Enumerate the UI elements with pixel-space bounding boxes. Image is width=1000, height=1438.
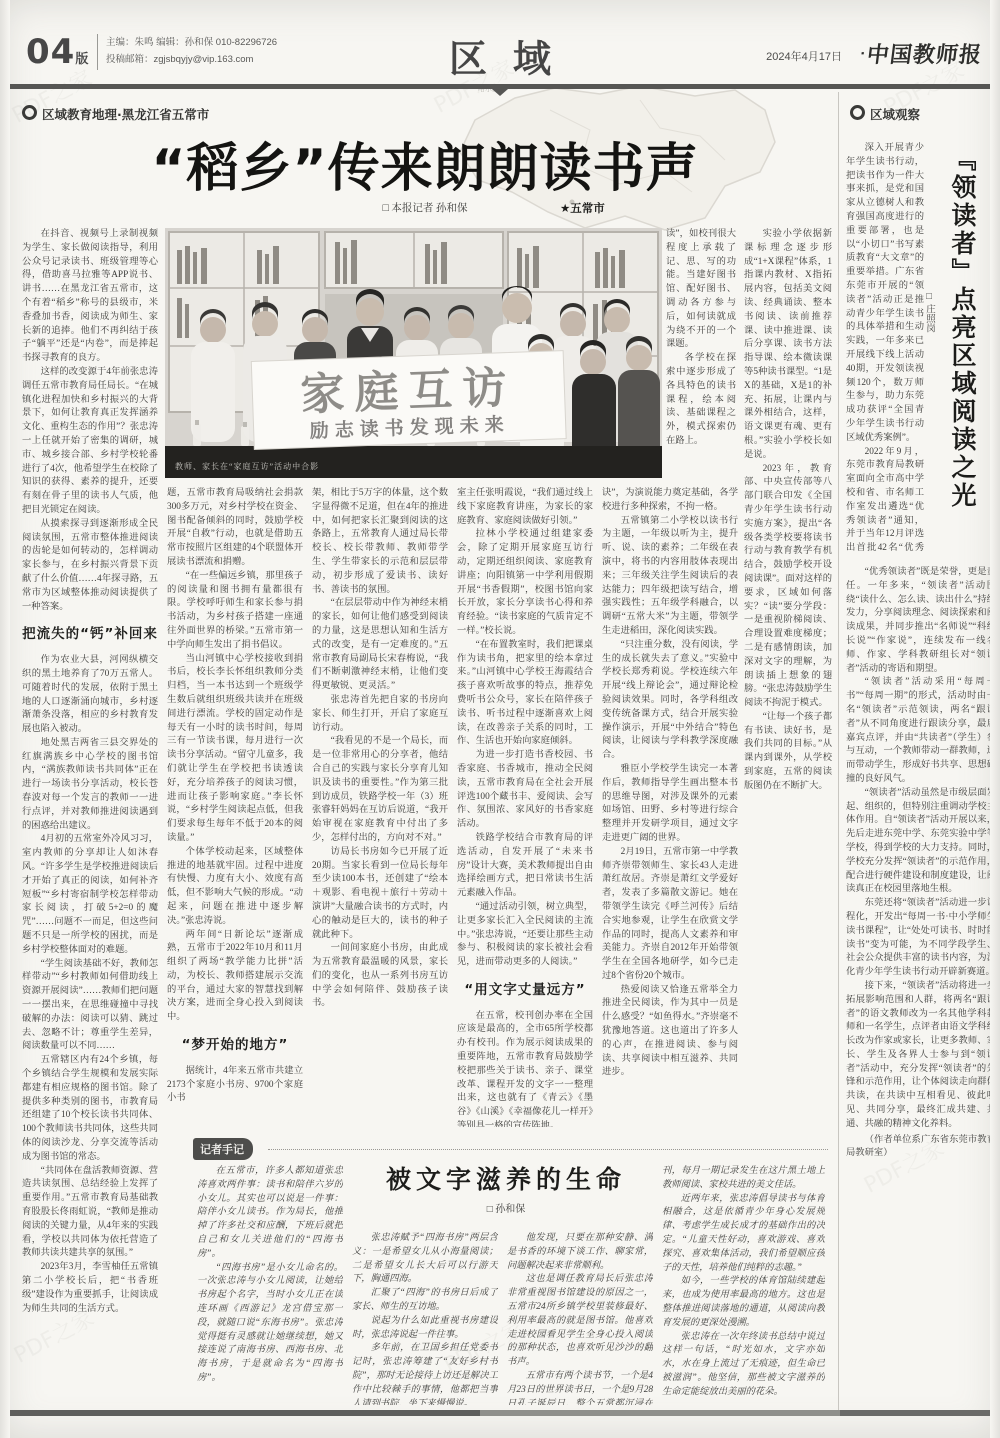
subhead-2: “梦开始的地方” bbox=[167, 1039, 303, 1053]
column-paragraphs: 作为农业大县，河网纵横交织的黑土地养育了70万五常人。可随着时代的发展，依附于黑… bbox=[22, 654, 158, 1316]
observer-kicker: 区域观察 bbox=[850, 105, 920, 123]
observer-byline: □ 庄照岗 bbox=[922, 292, 936, 333]
notes-column-1: 在五常市，许多人都知道张忠涛喜欢两件事：读书和陪伴六岁的小女儿。其实也可以说是一… bbox=[197, 1165, 343, 1405]
article-column-6: 实验小学依据新课标理念逐步形成“1+X课程”体系，1指课内教材、X指拓展内容，包… bbox=[744, 228, 832, 1126]
main-kicker: 区域教育地理·黑龙江省五常市 bbox=[22, 105, 209, 123]
column-paragraphs: 深入开展青少年学生读书行动，把读书作为一件大事来抓，是党和国家从立德树人和教育强… bbox=[846, 142, 924, 554]
column-paragraphs: 在五常，校刊创办率在全国应该是最高的，全市65所学校都办有校刊。作为展示阅读成果… bbox=[457, 1010, 593, 1127]
column-paragraphs: 室主任张明霞说，“我们通过线上线下家庭教育讲座，为家长的家庭教育、家庭阅读做好引… bbox=[457, 487, 593, 970]
photo-caption: 教师、家长在“家庭互访”活动中合影 bbox=[175, 461, 319, 472]
column-paragraphs: 在抖音、视频号上录制视频为学生、家长做阅读指导，利用公众号记录读书、班级管理等心… bbox=[22, 228, 158, 614]
section-title: 区域 bbox=[0, 28, 1000, 83]
article-photo: 家庭互访 励志读书发现未来 教师、家长在“家庭互访”活动中合影 bbox=[165, 228, 662, 478]
observer-headline: 『领读者』点亮区域阅读之光 bbox=[944, 146, 980, 566]
footer-rule bbox=[0, 1410, 1000, 1416]
column-paragraphs: 读”，如校刊很大程度上承载了记、思、写的功能。当建好图书馆、配好图书、调动各方参… bbox=[666, 228, 736, 449]
main-kicker-label: 区域教育地理·黑龙江省五常市 bbox=[42, 107, 209, 122]
article-column-5: 诀”，为演说能力奠定基础，各学校进行多种探索，不拘一格。五常镇第二小学校以读书行… bbox=[602, 487, 738, 1127]
column-paragraphs: 诀”，为演说能力奠定基础，各学校进行多种探索，不拘一格。五常镇第二小学校以读书行… bbox=[602, 487, 738, 1080]
kicker-ring-icon bbox=[850, 105, 865, 120]
column-divider bbox=[838, 92, 839, 1410]
kicker-ring-icon bbox=[22, 105, 37, 120]
column-paragraphs: “优秀领读者”既是荣誉，更是责任。一年多来，“领读者”活动围绕“读什么、怎么读、… bbox=[846, 566, 996, 1132]
article-column-3: 架，相比于5万字的体量，这个数字显得微不足道，但在4年的推进中，如何把家长汇聚到… bbox=[312, 487, 448, 1127]
column-paragraphs: 据统计，4年来五常市共建立2173个家庭小书房、9700个家庭小书 bbox=[167, 1065, 303, 1106]
column-paragraphs: 他发现，只要在那种安静、满是书香的环境下谈工作、聊家常，问题解决起来非常顺利。这… bbox=[507, 1232, 653, 1405]
main-byline: □ 本报记者 孙和保 bbox=[20, 200, 830, 215]
banner-line1-text: 家庭互访 bbox=[300, 362, 518, 421]
observer-intro-column: 深入开展青少年学生读书行动，把读书作为一件大事来抓，是党和国家从立德树人和教育强… bbox=[846, 142, 924, 554]
article-column-sliver: 读”，如校刊很大程度上承载了记、思、写的功能。当建好图书馆、配好图书、调动各方参… bbox=[666, 228, 736, 478]
paper-name: 中国教师报 bbox=[865, 42, 983, 67]
main-headline: “稻乡”传来朗朗读书声 bbox=[20, 126, 830, 201]
notes-headline: 被文字滋养的生命 bbox=[350, 1160, 662, 1196]
notes-byline: □ 孙和保 bbox=[350, 1200, 662, 1215]
banner: 家庭互访 励志读书发现未来 bbox=[251, 351, 566, 450]
subhead-3: “用文字丈量远方” bbox=[457, 984, 593, 998]
subhead-1: 把流失的“钙”补回来 bbox=[22, 628, 158, 642]
issue-date: 2024年4月17日 bbox=[766, 48, 842, 64]
column-paragraphs: 在五常市，许多人都知道张忠涛喜欢两件事：读书和陪伴六岁的小女儿。其实也可以说是一… bbox=[197, 1165, 343, 1386]
notes-tag-badge: 记者手记 bbox=[193, 1138, 253, 1160]
notes-column-3: 他发现，只要在那种安静、满是书香的环境下谈工作、聊家常，问题解决起来非常顺利。这… bbox=[507, 1232, 653, 1405]
column-paragraphs: 架，相比于5万字的体量，这个数字显得微不足道，但在4年的推进中，如何把家长汇聚到… bbox=[312, 487, 448, 1011]
column-paragraphs: 刊，每月一期记录发生在这片黑土地上教师阅读、家校共进的美文佳话。近两年来，张忠涛… bbox=[662, 1165, 825, 1400]
article-column-4: 室主任张明霞说，“我们通过线上线下家庭教育讲座，为家长的家庭教育、家庭阅读做好引… bbox=[457, 487, 593, 1127]
notes-column-4: 刊，每月一期记录发生在这片黑土地上教师阅读、家校共进的美文佳话。近两年来，张忠涛… bbox=[662, 1165, 825, 1405]
column-paragraphs: 张忠涛赋予“四海书房”两层含义：一是希望女儿从小海量阅读；二是希望女儿长大后可以… bbox=[352, 1232, 498, 1405]
scan-edge-left bbox=[0, 0, 10, 1438]
article-column-1: 在抖音、视频号上录制视频为学生、家长做阅读指导，利用公众号记录读书、班级管理等心… bbox=[22, 228, 158, 1408]
observer-attribution: （作者单位系广东省东莞市教育局教研室） bbox=[846, 1134, 996, 1162]
masthead: 04版 主编：朱鸣 编辑：孙和保 010-82296726 投稿邮箱：zgjsb… bbox=[0, 26, 1000, 82]
observer-body-column: “优秀领读者”既是荣誉，更是责任。一年多来，“领读者”活动围绕“读什么、怎么读、… bbox=[846, 566, 996, 1408]
column-paragraphs: 题，五常市教育局吸纳社会捐款300多万元，对乡村学校在资金、图书配备倾斜的同时，… bbox=[167, 487, 303, 1025]
observer-kicker-label: 区域观察 bbox=[870, 107, 920, 122]
notes-dotted-rule bbox=[268, 1149, 828, 1150]
masthead-rule bbox=[0, 84, 1000, 89]
paper-logo: ▪中国教师报 bbox=[859, 38, 984, 69]
paper-logo-mark: ▪ bbox=[860, 48, 865, 58]
column-paragraphs: 实验小学依据新课标理念逐步形成“1+X课程”体系，1指课内教材、X指拓展内容，包… bbox=[744, 228, 832, 794]
photo-illustration: 家庭互访 励志读书发现未来 bbox=[165, 228, 662, 478]
article-column-2: 题，五常市教育局吸纳社会捐款300多万元，对乡村学校在资金、图书配备倾斜的同时，… bbox=[167, 487, 303, 1127]
newspaper-page: PDF之家 PDF之家 PDF之家 PDF之家 PDF之家 PDF之家 04版 … bbox=[0, 0, 1000, 1438]
notes-column-2: 张忠涛赋予“四海书房”两层含义：一是希望女儿从小海量阅读；二是希望女儿长大后可以… bbox=[352, 1232, 498, 1405]
